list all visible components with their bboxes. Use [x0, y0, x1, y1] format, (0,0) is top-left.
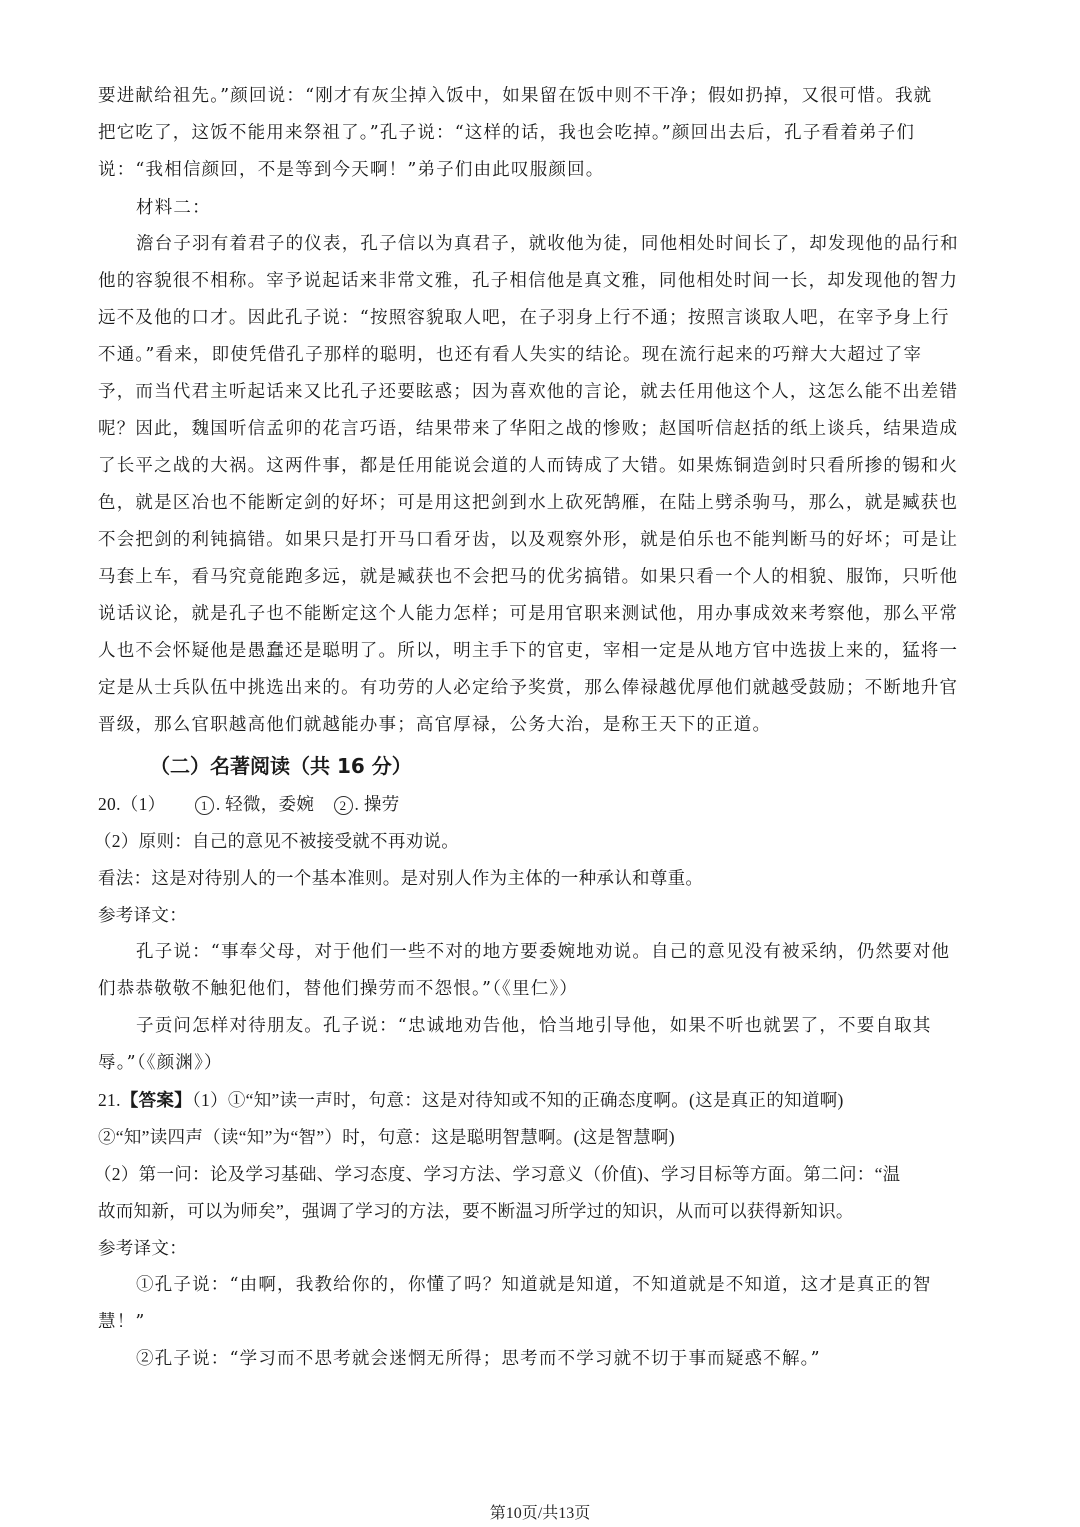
circled-number-1: 1 — [195, 796, 214, 815]
paragraph-line: 不通。”看来，即使凭借孔子那样的聪明，也还有看人失实的结论。现在流行起来的巧辩大… — [98, 343, 922, 367]
q21-reference-line: 慧！” — [98, 1310, 146, 1334]
material-two-label: 材料二： — [136, 196, 211, 220]
q20-reference-line: 子贡问怎样对待朋友。孔子说：“忠诚地劝告他，恰当地引导他，如果不听也就罢了，不要… — [136, 1014, 932, 1038]
paragraph-line: 了长平之战的大祸。这两件事，都是任用能说会道的人而铸成了大错。如果炼铜造剑时只看… — [98, 454, 958, 478]
q20-reference-line: 辱。”（《颜渊》） — [98, 1051, 223, 1075]
answer-tag: 【答案】 — [121, 1090, 192, 1110]
paragraph-line: 马套上车，看马究竟能跑多远，就是臧获也不会把马的优劣搞错。如果只看一个人的相貌、… — [98, 565, 958, 589]
q21-part2-cont: 故而知新，可以为师矣”，强调了学习的方法，要不断温习所学过的知识，从而可以获得新… — [98, 1199, 854, 1223]
paragraph-line: 呢？因此，魏国听信孟卯的花言巧语，结果带来了华阳之战的惨败；赵国听信赵括的纸上谈… — [98, 417, 958, 441]
paragraph-line: 定是从士兵队伍中挑选出来的。有功劳的人必定给予奖赏，那么俸禄越优厚他们就越受鼓励… — [98, 676, 958, 700]
q20-item2: . 操劳 — [355, 794, 400, 814]
paragraph-line: 色，就是区冶也不能断定剑的好坏；可是用这把剑到水上砍死鹄雁，在陆上劈杀驹马，那么… — [98, 491, 958, 515]
paragraph-line: 远不及他的口才。因此孔子说：“按照容貌取人吧，在子羽身上行不通；按照言谈取人吧，… — [98, 306, 950, 330]
q20-item1: . 轻微，委婉 — [216, 794, 314, 814]
q21-number: 21. — [98, 1090, 121, 1110]
paragraph-line: 不会把剑的利钝搞错。如果只是打开马口看牙齿，以及观察外形，就是伯乐也不能判断马的… — [98, 528, 958, 552]
q21-answer-line: 21.【答案】（1）①“知”读一声时，句意：这是对待知或不知的正确态度啊。(这是… — [98, 1088, 844, 1112]
q20-part2: （2）原则：自己的意见不被接受就不再劝说。 — [94, 829, 459, 853]
q20-reference-label: 参考译文： — [98, 903, 187, 927]
q21-part1: （1）①“知”读一声时，句意：这是对待知或不知的正确态度啊。(这是真正的知道啊) — [192, 1090, 844, 1110]
q20-opinion: 看法：这是对待别人的一个基本准则。是对别人作为主体的一种承认和尊重。 — [98, 866, 703, 890]
paragraph-line: 他的容貌很不相称。宰予说起话来非常文雅，孔子相信他是真文雅，同他相处时间一长，却… — [98, 269, 958, 293]
page-indicator: 第10页/共13页 — [0, 1500, 1080, 1523]
section-heading: （二）名著阅读（共 16 分） — [150, 750, 412, 779]
q21-reference-label: 参考译文： — [98, 1236, 187, 1260]
paragraph-line: 澹台子羽有着君子的仪表，孔子信以为真君子，就收他为徒，同他相处时间长了，却发现他… — [136, 232, 959, 256]
paragraph-line: 把它吃了，这饭不能用来祭祖了。”孔子说：“这样的话，我也会吃掉。”颜回出去后，孔… — [98, 121, 915, 145]
q20-reference-line: 们恭恭敬敬不触犯他们，替他们操劳而不怨恨。”（《里仁》） — [98, 977, 578, 1001]
paragraph-line: 要进献给祖先。”颜回说：“刚才有灰尘掉入饭中，如果留在饭中则不干净；假如扔掉，又… — [98, 84, 932, 108]
q20-reference-line: 孔子说：“事奉父母，对于他们一些不对的地方要委婉地劝说。自己的意见没有被采纳，仍… — [136, 940, 950, 964]
q20-number: 20.（1） — [98, 794, 165, 814]
q21-part1-b: ②“知”读四声（读“知”为“智”）时，句意：这是聪明智慧啊。(这是智慧啊) — [98, 1125, 675, 1149]
q21-reference-line: ②孔子说：“学习而不思考就会迷惘无所得；思考而不学习就不切于事而疑惑不解。” — [136, 1347, 821, 1371]
q20-answer-line: 20.（1） 1. 轻微，委婉 2. 操劳 — [98, 792, 400, 816]
q21-part2: （2）第一问：论及学习基础、学习态度、学习方法、学习意义（价值)、学习目标等方面… — [94, 1162, 900, 1186]
paragraph-line: 人也不会怀疑他是愚蠢还是聪明了。所以，明主手下的官吏，宰相一定是从地方官中选拔上… — [98, 639, 958, 663]
circled-number-2: 2 — [334, 796, 353, 815]
paragraph-line: 说话议论，就是孔子也不能断定这个人能力怎样；可是用官职来测试他，用办事成效来考察… — [98, 602, 958, 626]
paragraph-line: 说：“我相信颜回，不是等到今天啊！”弟子们由此叹服颜回。 — [98, 158, 605, 182]
paragraph-line: 晋级，那么官职越高他们就越能办事；高官厚禄，公务大治，是称王天下的正道。 — [98, 713, 771, 737]
q21-reference-line: ①孔子说：“由啊，我教给你的，你懂了吗？知道就是知道，不知道就是不知道，这才是真… — [136, 1273, 932, 1297]
paragraph-line: 予，而当代君主听起话来又比孔子还要眩惑；因为喜欢他的言论，就去任用他这个人，这怎… — [98, 380, 958, 404]
